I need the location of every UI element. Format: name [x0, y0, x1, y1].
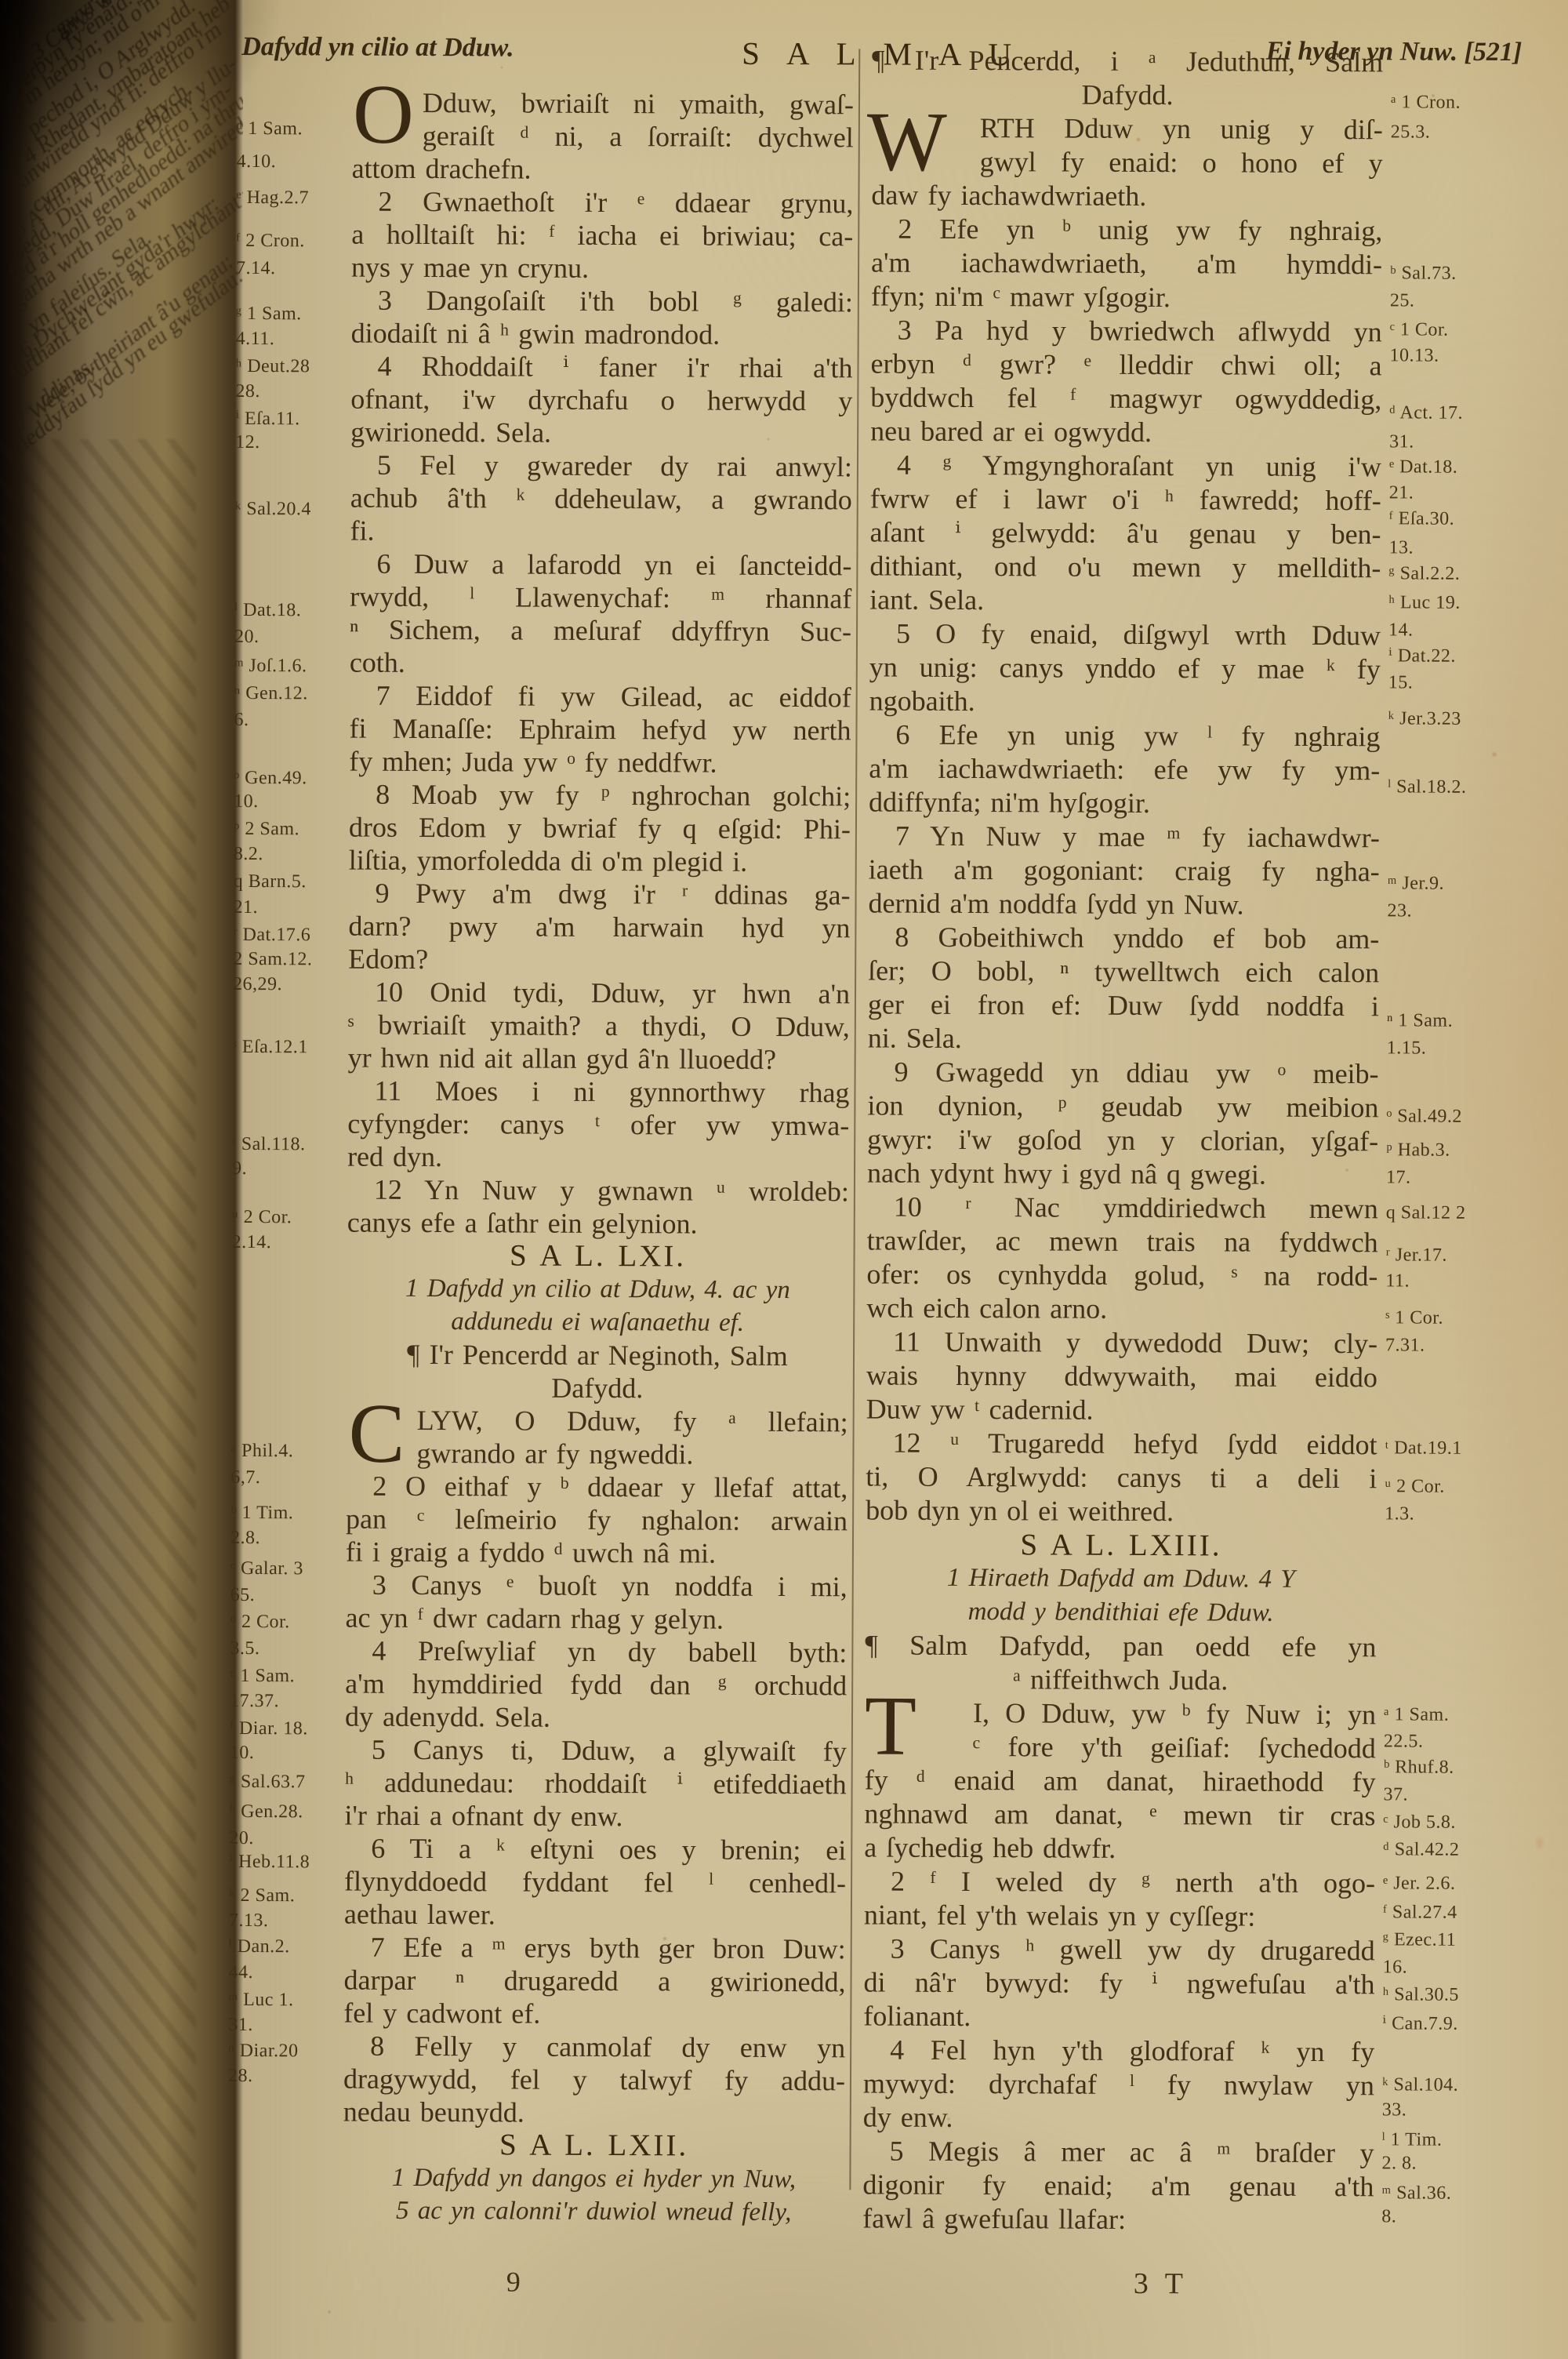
margin-note: ᵏ Sal.20.4 — [235, 497, 311, 521]
margin-note: ᵒ Sal.49.2 — [1386, 1104, 1462, 1128]
margin-note: ᵘ 2 Cor. — [232, 1205, 292, 1229]
margin-note: ᵉ Hag.2.7 — [236, 186, 309, 209]
margin-note: ʰ Sal.30.5 — [1382, 1983, 1459, 2006]
text-line: 8 Moab yw fy ᵖ nghrochan golchi; — [349, 778, 851, 813]
margin-note: 44. — [229, 1961, 254, 1984]
text-line: 3 Canys ʰ gwell yw dy drugaredd — [864, 1932, 1375, 1968]
margin-note: ᵃ Phil.4. — [230, 1439, 293, 1463]
margin-note: ᶜ Job 5.8. — [1383, 1810, 1456, 1834]
text-line: 5 Fel y gwareder dy rai anwyl: — [350, 449, 852, 484]
margin-note: ᵈ Sal.42.2 — [1383, 1837, 1459, 1861]
text-line: 2 Gwnaethoſt i'r ᵉ ddaear grynu, — [351, 185, 853, 220]
margin-note: 13. — [1388, 536, 1414, 559]
text-line: Dafydd. — [347, 1371, 848, 1406]
text-line: bob dyn yn ol ei weithred. — [866, 1493, 1377, 1529]
margin-note: ˡ Dan.2. — [229, 1935, 290, 1958]
signature-mark: 3 T — [1134, 2266, 1188, 2301]
text-line: 6 Duw a lafarodd yn ei ſancteidd- — [350, 547, 851, 583]
text-line: S A L. LXII. — [343, 2128, 845, 2164]
text-line: a'm iachawdwriaeth, a'm hymddi- — [871, 245, 1382, 282]
text-line: ac yn ᶠ dwr cadarn rhag y gelyn. — [345, 1601, 847, 1637]
margin-note: ˢ Eſa.12.1 — [233, 1035, 308, 1059]
text-line: flynyddoedd fyddant fel ˡ cenhedl- — [344, 1865, 846, 1900]
margin-note: ᵇ Rhuf.8. — [1384, 1755, 1454, 1779]
margin-note: 28. — [235, 380, 260, 403]
margin-note: ˡ Sal.18.2. — [1388, 775, 1466, 798]
margin-note: 21. — [233, 896, 258, 919]
text-line: iaeth a'm gogoniant: craig fy ngha- — [869, 852, 1380, 889]
margin-note: ⁱ Can.7.9. — [1382, 2012, 1458, 2035]
text-line: 7 Efe a ᵐ erys byth ger bron Duw: — [344, 1931, 846, 1966]
text-line: ⁿ Sichem, a meſuraf ddyffryn Suc- — [350, 613, 851, 649]
text-line: ofnant, i'w dyrchafu o herwydd y — [350, 383, 852, 418]
margin-note: 2 Sam.12. — [233, 947, 312, 971]
text-line: ˢ bwriaiſt ymaith? a thydi, O Dduw, — [348, 1009, 850, 1044]
margin-note: ᶠ Sal.27.4 — [1383, 1900, 1457, 1924]
text-line: ddiffynfa; ni'm hyſgogir. — [869, 785, 1380, 821]
text-line: 7 Eiddof fi yw Gilead, ac eiddof — [350, 679, 851, 714]
text-line: i'r rhai a ofnant dy enw. — [344, 1799, 846, 1834]
text-line: 10 Onid tydi, Dduw, yr hwn a'n — [348, 976, 850, 1011]
margin-note: ᶠ 2 Cron. — [236, 229, 305, 253]
margin-note: 9. — [232, 1157, 247, 1180]
right-column: ¶ I'r Pencerdd, i ᵃ Jeduthun, SalmDafydd… — [862, 43, 1383, 2237]
margin-note: ᵃ 1 Cron. — [1391, 90, 1461, 114]
text-line: yr hwn nid ait allan gyd â'n lluoedd? — [348, 1041, 850, 1077]
text-line: fi. — [350, 514, 852, 550]
text-line: 1 Dafydd yn cilio at Dduw, 4. ac yn — [347, 1272, 848, 1307]
text-line: RTH Dduw yn unig y diſ- — [872, 111, 1383, 147]
text-line: 12 ᵘ Trugaredd hefyd ſydd eiddot — [866, 1426, 1377, 1462]
text-line: mywyd: dyrchafaf ˡ fy nwylaw yn — [863, 2066, 1374, 2103]
margin-note: 26,29. — [233, 972, 282, 996]
margin-note: 8.2. — [234, 842, 263, 866]
text-line: 5 Canys ti, Dduw, a glywaiſt fy — [345, 1733, 847, 1768]
text-line: a'm hymddiried fydd dan ᵍ orchudd — [345, 1667, 847, 1703]
margin-note: ᵏ Sal.104. — [1382, 2073, 1458, 2096]
text-line: wch eich calon arno. — [866, 1291, 1377, 1327]
text-line: ¶ I'r Pencerdd ar Neginoth, Salm — [347, 1338, 848, 1373]
margin-note: ᵈ 1 Sam. — [237, 117, 303, 140]
margin-note: ˡ 1 Tim. — [1382, 2128, 1443, 2151]
margin-note: 16. — [1383, 1955, 1408, 1979]
text-line: 12 Yn Nuw y gwnawn ᵘ wroldeb: — [347, 1173, 849, 1209]
margin-note: ᵐ Joſ.1.6. — [234, 654, 307, 678]
margin-note: ᵖ Hab.3. — [1386, 1138, 1450, 1161]
margin-note: 65. — [230, 1583, 256, 1607]
text-line: 4 ᵍ Ymgynghoraſant yn unig i'w — [870, 448, 1381, 484]
margin-note: ᵉ 1 Sam. — [230, 1664, 295, 1688]
text-line: 3 Pa hyd y bwriedwch aflwydd yn — [871, 313, 1382, 349]
text-line: aethau lawer. — [344, 1898, 846, 1933]
margin-note: 20. — [229, 1826, 254, 1850]
text-line: fy mhen; Juda yw ᵒ fy neddfwr. — [349, 745, 851, 780]
margin-note: ᵗ Sal.118. — [232, 1132, 306, 1156]
text-line: coth. — [350, 646, 851, 682]
text-line: trawſder, ac mewn trais na fyddwch — [867, 1223, 1378, 1259]
text-line: 5 ac yn calonni'r duwiol wneud felly, — [343, 2194, 844, 2230]
margin-note: 37. — [1384, 1783, 1409, 1806]
text-line: pan ᶜ leſmeirio fy nghalon: arwain — [346, 1503, 848, 1538]
text-line: nghnawd am danat, ᵉ mewn tir cras — [864, 1797, 1375, 1833]
margin-note: ᵐ Sal.36. — [1381, 2181, 1451, 2205]
margin-note: ᵐ Jer.9. — [1388, 871, 1445, 895]
margin-note: 4.10. — [237, 150, 277, 173]
margin-note: ᵇ 1 Tim. — [230, 1501, 293, 1525]
margin-note: 25.3. — [1391, 120, 1431, 144]
margin-note: 11. — [1385, 1269, 1410, 1292]
text-line: ¶ I'r Pencerdd, i ᵃ Jeduthun, Salm — [872, 43, 1383, 79]
margin-note: ʰ Deut.28 — [235, 354, 310, 378]
margin-note: 17.37. — [230, 1689, 279, 1713]
margin-note: ⁿ Gen.12. — [234, 682, 308, 705]
margin-note: 10. — [234, 790, 259, 813]
text-line: ofer: os cynhydda golud, ˢ na rodd- — [866, 1257, 1377, 1293]
text-line: neu bared ar ei ogwydd. — [870, 414, 1381, 450]
text-line: diodaiſt ni â ʰ gwin madrondod. — [351, 317, 853, 352]
margin-note: ˡ Dat.18. — [234, 598, 301, 622]
text-line: 2 O eithaf y ᵇ ddaear y llefaf attat, — [346, 1470, 848, 1505]
margin-note: ᵗ Dat.19.1 — [1385, 1436, 1461, 1459]
text-line: 8 Gobeithiwch ynddo ef bob am- — [868, 920, 1379, 956]
margin-note: ᵍ 1 Sam. — [236, 302, 302, 325]
text-line: ti, O Arglwydd: canys ti a deli i — [866, 1459, 1377, 1496]
margin-note: ᵏ Jer.3.23 — [1388, 707, 1461, 730]
margin-note: 31. — [228, 2013, 253, 2037]
margin-note: 12. — [235, 431, 260, 454]
margin-note: 6. — [234, 708, 249, 732]
margin-note: ᵈ Act. 17. — [1389, 401, 1463, 424]
margin-note: ᵏ 2 Sam. — [229, 1884, 295, 1907]
margin-note: ʰ Gen.28. — [229, 1800, 303, 1823]
text-line: fi i graig a fyddo ᵈ uwch nâ mi. — [346, 1536, 848, 1571]
text-line: 2 Efe yn ᵇ unig yw fy nghraig, — [871, 212, 1382, 248]
margin-note: 15. — [1388, 671, 1414, 694]
text-line: a holltaiſt hi: ᶠ iacha ei briwiau; ca- — [351, 218, 853, 253]
text-line: 7 Yn Nuw y mae ᵐ fy iachawdwr- — [869, 819, 1380, 855]
text-line: geraiſt ᵈ ni, a ſorraiſt: dychwel — [352, 119, 854, 154]
text-line: ger ei fron ef: Duw ſydd noddfa i — [868, 987, 1379, 1023]
book-page-photo: gwyr gwaedlyd.3 Canys wele, cynllwynante… — [0, 0, 1568, 2359]
text-line: fel y cadwont ef. — [343, 1997, 845, 2032]
margin-note: 21. — [1389, 481, 1414, 504]
text-line: ᶜ fore y'th geiſiaf: ſychedodd — [865, 1729, 1376, 1765]
text-line: dy adenydd. Sela. — [345, 1700, 847, 1736]
text-line: 6 Ti a ᵏ eſtyni oes y brenin; ei — [344, 1832, 846, 1867]
margin-note: ʰ Luc 19. — [1388, 591, 1461, 614]
margin-note: ᵇ Sal.73. — [1390, 261, 1457, 285]
text-line: Duw yw ᵗ cadernid. — [866, 1392, 1377, 1428]
margin-note: ⁿ Diar.20 — [228, 2039, 299, 2063]
text-line: ʰ addunedau: rhoddaiſt ⁱ etifeddiaeth — [345, 1766, 847, 1801]
page: Dafydd yn cilio at Dduw. S A L M A U. Ei… — [0, 0, 1568, 2359]
text-line: dy enw. — [863, 2100, 1374, 2136]
text-line: nys y mae yn crynu. — [351, 251, 853, 286]
text-line: fy ᵈ enaid am danat, hiraethodd fy — [865, 1763, 1376, 1799]
text-line: dithiant, ond o'u mewn y melldith- — [869, 549, 1381, 585]
text-line: LYW, O Dduw, fy ᵃ llefain; — [347, 1404, 848, 1439]
text-line: iant. Sela. — [869, 583, 1381, 619]
margin-note: ᵐ Luc 1. — [228, 1988, 293, 2012]
text-line: darpar ⁿ drugaredd a gwirionedd, — [343, 1964, 845, 1999]
text-line: dernid a'm noddfa ſydd yn Nuw. — [868, 886, 1379, 922]
margin-note: ᵒ Gen.49. — [234, 766, 307, 790]
text-line: ffyn; ni'm ᶜ mawr yſgogir. — [871, 279, 1382, 315]
margin-note: ⁿ 1 Sam. — [1387, 1009, 1453, 1032]
text-line: ngobaith. — [869, 684, 1381, 720]
text-line: nedau beunydd. — [343, 2095, 845, 2131]
text-line: S A L. LXI. — [347, 1239, 848, 1274]
text-line: a ſychedig heb ddwfr. — [864, 1830, 1375, 1866]
margin-note: 7.14. — [236, 256, 276, 280]
text-line: 8 Felly y canmolaf dy enw yn — [343, 2030, 845, 2065]
margin-note: ᶠ Eſa.30. — [1389, 507, 1455, 530]
text-line: 4 Rhoddaiſt ⁱ faner i'r rhai a'th — [350, 350, 852, 385]
text-line: red dyn. — [347, 1140, 849, 1176]
text-line: 11 Moes i ni gynnorthwy rhag — [347, 1074, 849, 1110]
text-line: yn unig: canys ynddo ef y mae ᵏ fy — [869, 650, 1381, 686]
text-line: ion dynion, ᵖ geudab yw meibion — [867, 1089, 1378, 1125]
margin-note: ᶜ Galar. 3 — [230, 1557, 303, 1580]
margin-note: 8. — [1381, 2205, 1396, 2228]
margin-note: ᵍ Sal.2.2. — [1388, 562, 1460, 585]
text-line: Dduw, bwriaiſt ni ymaith, gwaſ- — [352, 86, 854, 122]
text-line: erbyn ᵈ gwr? ᵉ lleddir chwi oll; a — [870, 347, 1381, 383]
margin-note: ᵘ 2 Cor. — [1385, 1474, 1445, 1498]
margin-note: ᶜ 1 Cor. — [1390, 318, 1449, 341]
margin-note: q Sal.12 2 — [1386, 1201, 1466, 1224]
text-line: 4 Fel hyn y'th glodforaf ᵏ yn fy — [863, 2033, 1374, 2069]
text-line: niant, fel y'th welais yn y cyſſegr: — [864, 1898, 1375, 1934]
margin-note: 14. — [1388, 618, 1414, 642]
text-line: I, O Dduw, yw ᵇ fy Nuw i; yn — [865, 1696, 1376, 1732]
text-line: wais hynny ddwywaith, mai eiddo — [866, 1358, 1377, 1394]
text-line: S A L. LXIII. — [866, 1527, 1377, 1563]
margin-note: 7.13. — [229, 1909, 269, 1932]
margin-note: 33. — [1382, 2098, 1407, 2121]
text-line: 2 ᶠ I weled dy ᵍ nerth a'th ogo- — [864, 1864, 1375, 1900]
left-margin-notes: ᵈ 1 Sam.4.10.ᵉ Hag.2.7ᶠ 2 Cron.7.14.ᵍ 1 … — [227, 0, 354, 2357]
margin-note: ⁱ Dat.22. — [1388, 644, 1456, 667]
text-line: 3 Dangoſaiſt i'th bobl ᵍ galedi: — [351, 284, 853, 319]
margin-note: 7.31. — [1385, 1333, 1425, 1357]
margin-note: 6,7. — [230, 1466, 260, 1489]
text-line: 1 Hiraeth Dafydd am Dduw. 4 Y — [866, 1561, 1377, 1597]
text-line: Edom? — [348, 943, 850, 978]
text-line: ᵃ niffeithwch Juda. — [865, 1662, 1376, 1698]
margin-note: ᵉ Dat.18. — [1389, 455, 1457, 478]
margin-note: ᵍ Ezec.11 — [1383, 1928, 1457, 1951]
margin-note: 20. — [234, 625, 260, 649]
text-line: dros Edom y bwriaf fy q eſgid: Phi- — [349, 811, 851, 846]
text-line: 3 Canys ᵉ buoſt yn noddfa i mi, — [346, 1568, 848, 1604]
margin-note: ᵉ Jer. 2.6. — [1383, 1871, 1455, 1895]
text-line: byddwch fel ᶠ magwyr ogwyddedig, — [870, 380, 1381, 416]
text-line: rwydd, ˡ Llawenychaf: ᵐ rhannaf — [350, 580, 851, 616]
margin-note: ʳ Dat.17.6 — [233, 923, 310, 947]
text-line: daw fy iachawdwriaeth. — [871, 178, 1382, 214]
margin-note: 17. — [1386, 1165, 1411, 1189]
margin-note: ʳ Jer.17. — [1386, 1243, 1448, 1267]
text-line: Dafydd. — [872, 77, 1383, 113]
margin-note: ᶠ Diar. 18. — [230, 1717, 308, 1740]
text-line: 9 Pwy a'm dwg i'r ʳ ddinas ga- — [348, 877, 850, 912]
text-line: gwyl fy enaid: o hono ef y — [872, 144, 1383, 180]
text-line: darn? pwy a'm harwain hyd yn — [348, 910, 850, 945]
text-line: attom drachefn. — [352, 152, 854, 187]
text-line: cyfyngder: canys ᵗ ofer yw ymwa- — [347, 1107, 849, 1143]
text-line: a'm iachawdwriaeth: efe yw fy ym- — [869, 751, 1380, 787]
text-line: ¶ Salm Dafydd, pan oedd efe yn — [865, 1628, 1376, 1664]
text-line: dragywydd, fel y talwyf fy addu- — [343, 2063, 845, 2098]
text-line: 5 O fy enaid, diſgwyl wrth Dduw — [869, 616, 1381, 652]
text-line: aſant ⁱ gelwydd: â'u genau y ben- — [870, 515, 1381, 551]
text-line: 5 Megis â mer ac â ᵐ braſder y — [863, 2134, 1374, 2170]
text-line: di nâ'r bywyd: fy ⁱ ngwefuſau a'th — [863, 1965, 1374, 2001]
text-line: 6 Efe yn unig yw ˡ fy nghraig — [869, 718, 1380, 754]
margin-note: 22.5. — [1384, 1729, 1424, 1753]
margin-note: ᵖ 2 Sam. — [234, 817, 299, 841]
text-line: liſtia, ymorfoledda di o'm plegid i. — [349, 844, 851, 879]
margin-note: ᵈ 2 Cor. — [230, 1610, 289, 1634]
text-line: fawl â gwefuſau llafar: — [862, 2201, 1374, 2237]
text-line: ni. Sela. — [868, 1021, 1379, 1057]
text-line: gwirionedd. Sela. — [350, 416, 852, 451]
text-line: 10 ʳ Nac ymddiriedwch mewn — [867, 1190, 1378, 1226]
text-line: nach ydynt hwy i gyd nâ q gwegi. — [867, 1156, 1378, 1192]
margin-note: 1.15. — [1387, 1036, 1427, 1060]
margin-note: 4.11. — [236, 327, 275, 351]
text-line: digonir fy enaid; a'm genau a'th — [862, 2168, 1374, 2204]
margin-note: ⁱ Eſa.11. — [235, 407, 300, 431]
page-number: 9 — [506, 2265, 521, 2298]
text-line: addunedu ei waſanaethu ef. — [347, 1305, 848, 1340]
margin-note: 10.13. — [1390, 343, 1439, 367]
right-margin-notes: ᵃ 1 Cron.25.3.ᵇ Sal.73.25.ᶜ 1 Cor.10.13.… — [1381, 2, 1548, 2359]
text-line: fwrw ef i lawr o'i ʰ fawredd; hoff- — [870, 482, 1381, 518]
text-line: 1 Dafydd yn dangos ei hyder yn Nuw, — [343, 2161, 844, 2197]
margin-note: 2.14. — [232, 1230, 272, 1254]
margin-note: 28. — [228, 2064, 253, 2088]
text-line: canys efe a ſathr ein gelynion. — [347, 1206, 849, 1241]
margin-note: ⁱ Heb.11.8 — [229, 1850, 310, 1874]
text-line: gwyr: i'w goſod yn y clorian, yſgaf- — [867, 1122, 1378, 1158]
margin-note: q Barn.5. — [234, 870, 307, 893]
text-line: 4 Preſwyliaf yn dy babell byth: — [345, 1634, 847, 1670]
margin-note: 3.5. — [230, 1637, 260, 1660]
left-column: Dduw, bwriaiſt ni ymaith, gwaſ-geraiſt ᵈ… — [343, 86, 854, 2230]
text-line: achub â'th ᵏ ddeheulaw, a gwrando — [350, 482, 852, 517]
text-line: ſer; O bobl, ⁿ tywelltwch eich calon — [868, 954, 1379, 990]
margin-note: 2.8. — [230, 1526, 260, 1550]
text-line: 9 Gwagedd yn ddiau yw ᵒ meib- — [868, 1055, 1379, 1091]
text-line: gwrando ar fy ngweddi. — [346, 1437, 848, 1472]
margin-note: 25. — [1390, 289, 1415, 312]
margin-note: 31. — [1389, 430, 1414, 453]
margin-note: ᵍ Sal.63.7 — [230, 1770, 306, 1794]
margin-note: 2. 8. — [1381, 2151, 1417, 2175]
text-line: folianant. — [863, 1999, 1374, 2035]
text-line: modd y bendithiai efe Dduw. — [866, 1594, 1377, 1630]
margin-note: ˢ 1 Cor. — [1385, 1306, 1443, 1329]
text-line: fi Manaſſe: Ephraim hefyd yw nerth — [349, 712, 851, 747]
margin-note: ᵃ 1 Sam. — [1384, 1703, 1449, 1726]
text-line: 11 Unwaith y dywedodd Duw; cly- — [866, 1325, 1377, 1361]
margin-note: 1.3. — [1385, 1502, 1414, 1525]
margin-note: 23. — [1387, 899, 1412, 922]
margin-note: 10. — [230, 1741, 255, 1765]
